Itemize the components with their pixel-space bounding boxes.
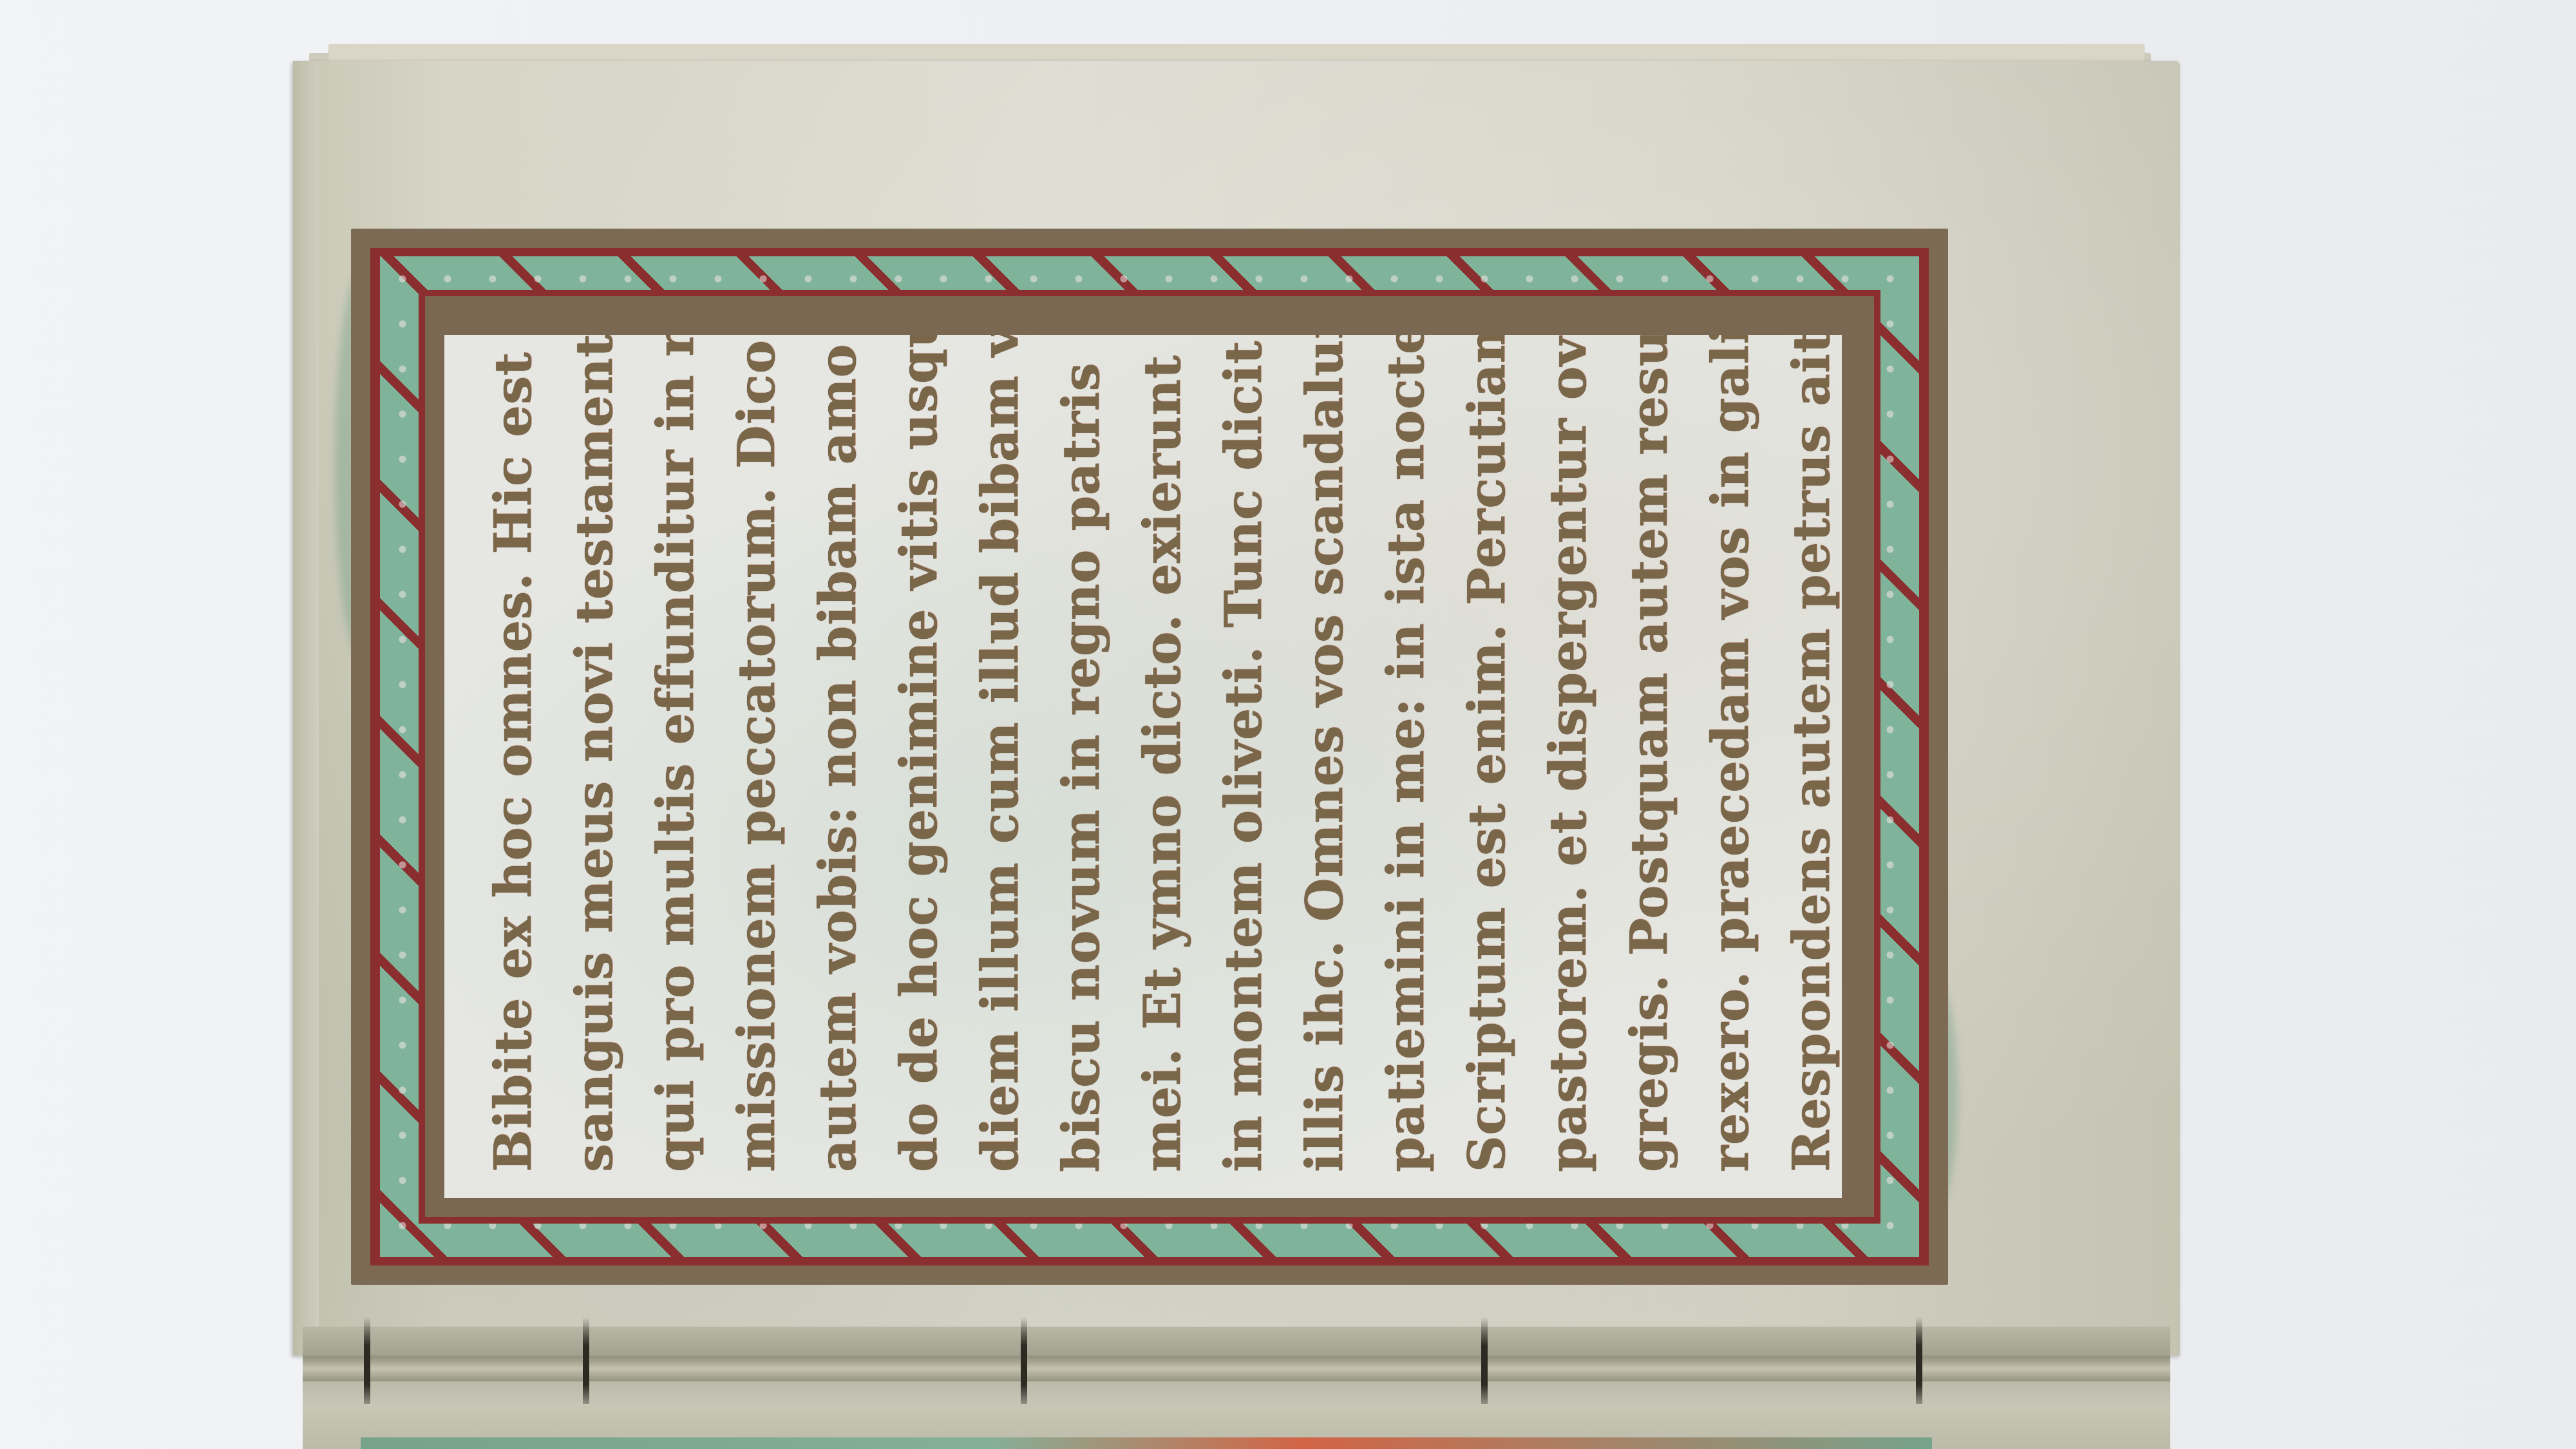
- text-line: in montem oliveti. Tunc dicit: [1204, 361, 1285, 1172]
- text-line: diem illum cum illud bibam vo: [960, 361, 1041, 1172]
- text-line: pastorem. et dispergentur oves: [1528, 361, 1609, 1172]
- text-line: Bibite ex hoc omnes. Hic est eni: [473, 361, 554, 1172]
- text-line: biscu novum in regno patris: [1041, 361, 1122, 1172]
- text-line: Respondens autem petrus ait il: [1772, 361, 1842, 1172]
- sewing-station: [1481, 1317, 1488, 1414]
- facing-folio-frame-edge: [361, 1437, 1932, 1449]
- text-line: rexero. praecedam vos in galilea.: [1690, 361, 1772, 1172]
- text-line: patiemini in me: in ista nocte.: [1366, 361, 1447, 1172]
- text-line: do de hoc genimine vitis usque in: [879, 361, 960, 1172]
- manuscript-text-rotated: Bibite ex hoc omnes. Hic est eni sanguis…: [444, 335, 1842, 1198]
- text-line: missionem peccatorum. Dico: [717, 361, 798, 1172]
- sewing-station: [1916, 1317, 1922, 1414]
- manuscript-text-block: Bibite ex hoc omnes. Hic est eni sanguis…: [444, 335, 1842, 1198]
- text-line: gregis. Postquam autem resur: [1609, 361, 1690, 1172]
- text-line: qui pro multis effunditur in re: [636, 361, 717, 1172]
- sewing-station: [364, 1317, 370, 1414]
- sewing-station: [1021, 1317, 1027, 1414]
- text-line: autem vobis: non bibam amo: [798, 361, 879, 1172]
- text-line: sanguis meus novi testamenti.: [554, 361, 636, 1172]
- text-line: mei. Et ymno dicto. exierunt: [1122, 361, 1204, 1172]
- text-line: illis ihc. Omnes vos scandalum: [1285, 361, 1366, 1172]
- text-line: Scriptum est enim. Percutiam: [1447, 361, 1528, 1172]
- sewing-station: [583, 1317, 589, 1414]
- folio-edge: [293, 61, 319, 1356]
